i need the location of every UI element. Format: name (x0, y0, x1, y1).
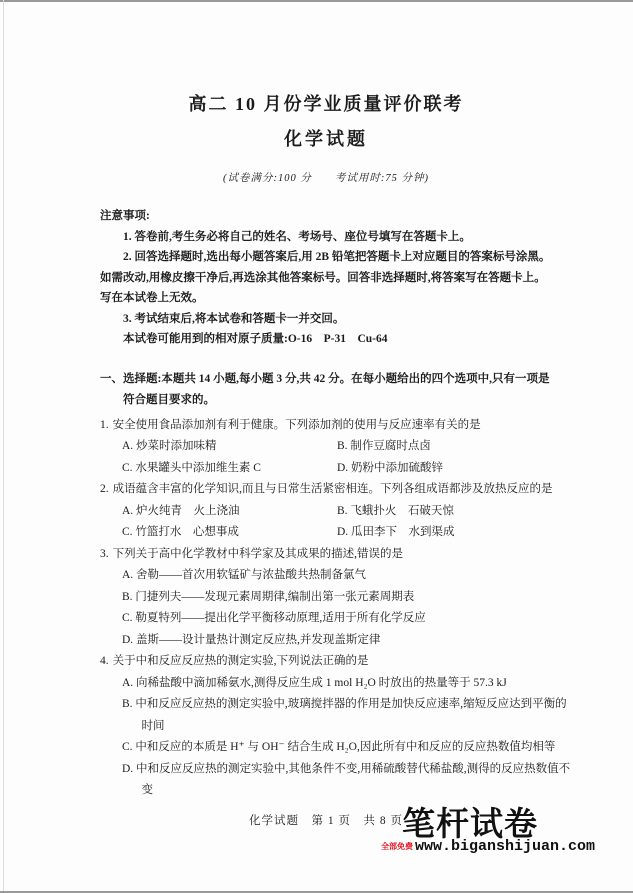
option-b: B. 飞蛾扑火 石破天惊 (337, 501, 552, 523)
question-3-options: A. 舍勒——首次用软锰矿与浓盐酸共热制备氯气 B. 门捷列夫——发现元素周期律… (100, 565, 552, 651)
section-choice-heading: 一、选择题:本题共 14 小题,每小题 3 分,共 42 分。在每小题给出的四个… (100, 369, 552, 411)
exam-title: 高二 10 月份学业质量评价联考 (100, 90, 552, 116)
notice-item-2: 2. 回答选择题时,选出每小题答案后,用 2B 铅笔把答题卡上对应题目的答案标号… (100, 247, 552, 309)
option-d: D. 瓜田李下 水到渠成 (337, 522, 552, 544)
question-1-text: 安全使用食品添加剂有利于健康。下列添加剂的使用与反应速率有关的是 (113, 419, 481, 431)
atomic-mass-line: 本试卷可能用到的相对原子质量:O-16 P-31 Cu-64 (100, 329, 552, 350)
option-b: B. 门捷列夫——发现元素周期律,编制出第一张元素周期表 (122, 587, 552, 609)
scan-edge-left (3, 0, 4, 893)
question-2-stem: 2.成语蕴含丰富的化学知识,而且与日常生活紧密相连。下列各组成语都涉及放热反应的… (100, 479, 552, 501)
watermark-url: www.biganshijuan.com (415, 838, 595, 855)
question-1-number: 1. (100, 419, 109, 431)
question-4-options: A. 向稀盐酸中滴加稀氨水,测得反应生成 1 mol H₂O 时放出的热量等于 … (100, 673, 552, 802)
exam-subject-title: 化学试题 (100, 125, 552, 151)
option-c: C. 水果罐头中添加维生素 C (122, 458, 337, 480)
question-4-text: 关于中和反应反应热的测定实验,下列说法正确的是 (113, 655, 369, 667)
question-1-options: A. 炒菜时添加味精 B. 制作豆腐时点卤 C. 水果罐头中添加维生素 C D.… (100, 436, 552, 479)
watermark-brand-name: 笔杆试卷 (402, 806, 601, 842)
scan-edge-top (0, 0, 633, 2)
option-b: B. 制作豆腐时点卤 (337, 436, 552, 458)
exam-meta-line: (试卷满分:100 分 考试用时:75 分钟) (100, 170, 552, 185)
option-a: A. 舍勒——首次用软锰矿与浓盐酸共热制备氯气 (122, 565, 552, 587)
question-3: 3.下列关于高中化学教材中科学家及其成果的描述,错误的是 A. 舍勒——首次用软… (100, 544, 552, 652)
option-c: C. 中和反应的本质是 H⁺ 与 OH⁻ 结合生成 H₂O,因此所有中和反应的反… (122, 737, 552, 759)
question-3-text: 下列关于高中化学教材中科学家及其成果的描述,错误的是 (113, 548, 403, 560)
question-3-stem: 3.下列关于高中化学教材中科学家及其成果的描述,错误的是 (100, 544, 552, 566)
notice-block: 注意事项: 1. 答卷前,考生务必将自己的姓名、考场号、座位号填写在答题卡上。 … (100, 206, 552, 350)
question-4: 4.关于中和反应反应热的测定实验,下列说法正确的是 A. 向稀盐酸中滴加稀氨水,… (100, 651, 552, 802)
option-a: A. 炒菜时添加味精 (122, 436, 337, 458)
question-1-stem: 1.安全使用食品添加剂有利于健康。下列添加剂的使用与反应速率有关的是 (100, 415, 552, 437)
option-d: D. 盖斯——设计量热计测定反应热,并发现盖斯定律 (122, 630, 552, 652)
question-2-number: 2. (100, 483, 109, 495)
notice-item-3: 3. 考试结束后,将本试卷和答题卡一并交回。 (100, 309, 552, 330)
option-b: B. 中和反应反应热的测定实验中,玻璃搅拌器的作用是加快反应速率,缩短反应达到平… (122, 694, 572, 737)
question-list: 1.安全使用食品添加剂有利于健康。下列添加剂的使用与反应速率有关的是 A. 炒菜… (100, 415, 552, 802)
option-a: A. 向稀盐酸中滴加稀氨水,测得反应生成 1 mol H₂O 时放出的热量等于 … (122, 673, 552, 695)
question-3-number: 3. (100, 548, 109, 560)
option-c: C. 竹篮打水 心想事成 (122, 522, 337, 544)
watermark-free-badge: 全部免费 (381, 841, 413, 852)
exam-page: 高二 10 月份学业质量评价联考 化学试题 (试卷满分:100 分 考试用时:7… (100, 90, 552, 828)
option-a: A. 炉火纯青 火上浇油 (122, 501, 337, 523)
option-d: D. 奶粉中添加硫酸锌 (337, 458, 552, 480)
option-c: C. 勒夏特列——提出化学平衡移动原理,适用于所有化学反应 (122, 608, 552, 630)
question-2-options: A. 炉火纯青 火上浇油 B. 飞蛾扑火 石破天惊 C. 竹篮打水 心想事成 D… (100, 501, 552, 544)
publisher-watermark: 笔杆试卷 全部免费 www.biganshijuan.com (381, 806, 601, 855)
question-4-number: 4. (100, 655, 109, 667)
question-2: 2.成语蕴含丰富的化学知识,而且与日常生活紧密相连。下列各组成语都涉及放热反应的… (100, 479, 552, 544)
option-d: D. 中和反应反应热的测定实验中,其他条件不变,用稀硫酸替代稀盐酸,测得的反应热… (122, 759, 572, 802)
question-2-text: 成语蕴含丰富的化学知识,而且与日常生活紧密相连。下列各组成语都涉及放热反应的是 (113, 483, 553, 495)
question-4-stem: 4.关于中和反应反应热的测定实验,下列说法正确的是 (100, 651, 552, 673)
notice-heading: 注意事项: (100, 206, 552, 227)
question-1: 1.安全使用食品添加剂有利于健康。下列添加剂的使用与反应速率有关的是 A. 炒菜… (100, 415, 552, 480)
notice-item-1: 1. 答卷前,考生务必将自己的姓名、考场号、座位号填写在答题卡上。 (100, 227, 552, 248)
